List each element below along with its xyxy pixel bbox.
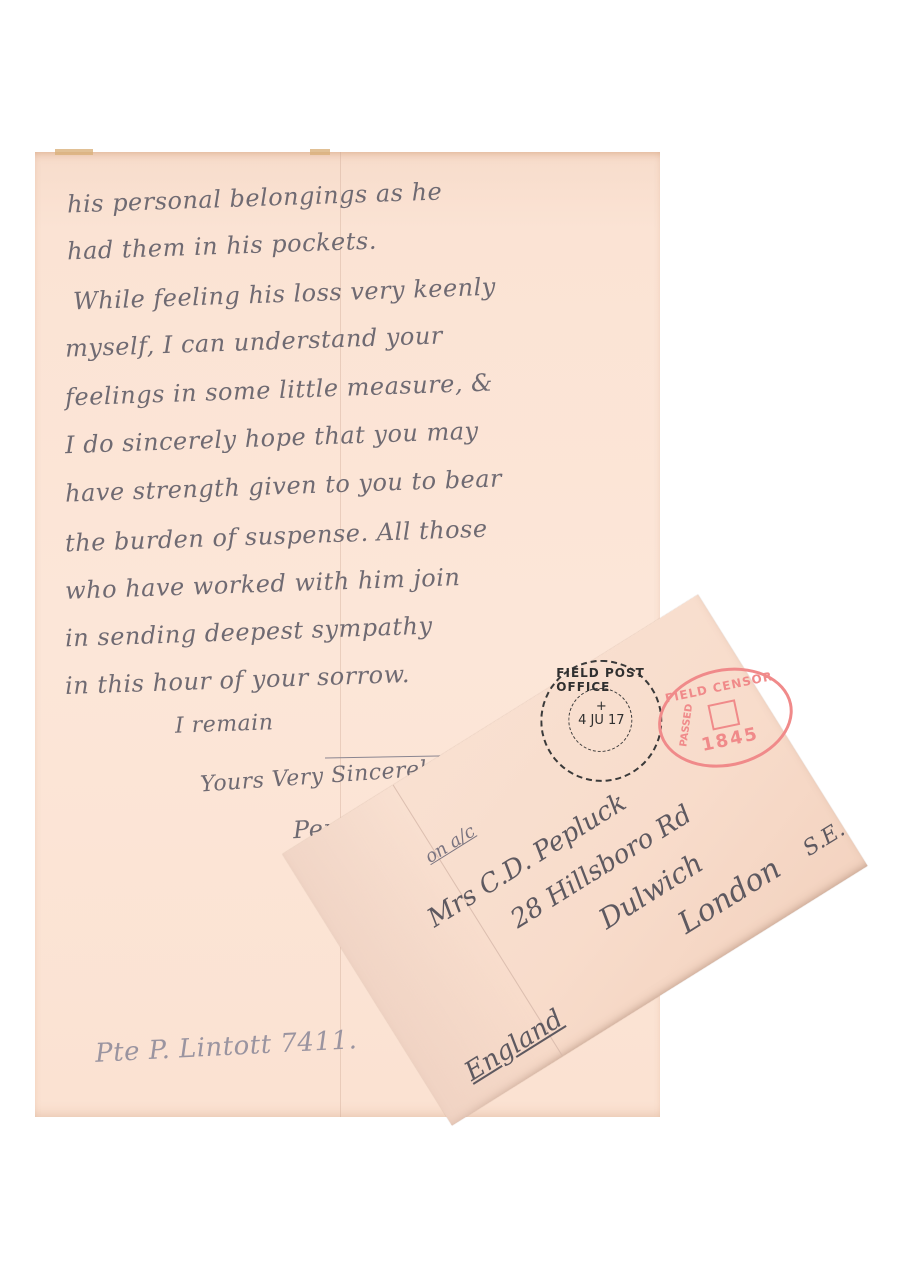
letter-line: myself, I can understand your bbox=[65, 321, 444, 362]
envelope-annotation: on a/c bbox=[421, 821, 479, 868]
letter-line: have strength given to you to bear bbox=[65, 464, 503, 507]
address-postcode: S.E. bbox=[799, 817, 850, 862]
postmark-text: FIELD POST OFFICE bbox=[556, 666, 660, 694]
letter-line: in this hour of your sorrow. bbox=[65, 660, 411, 700]
letter-line: who have worked with him join bbox=[65, 563, 461, 605]
letter-line: in sending deepest sympathy bbox=[65, 612, 433, 653]
letter-line: feelings in some little measure, & bbox=[65, 369, 494, 412]
letter-line: had them in his pockets. bbox=[67, 227, 378, 266]
letter-footer-note: Pte P. Lintott 7411. bbox=[94, 1025, 358, 1069]
letter-line: While feeling his loss very keenly bbox=[73, 273, 497, 316]
postmark-time: + bbox=[542, 700, 660, 714]
postmark-stamp: FIELD POST OFFICE + 4 JU 17 bbox=[540, 660, 662, 782]
postmark-date: + 4 JU 17 bbox=[542, 700, 660, 728]
letter-line: his personal belongings as he bbox=[67, 177, 443, 218]
tape-mark bbox=[55, 149, 93, 155]
postmark-date-value: 4 JU 17 bbox=[542, 714, 660, 728]
crown-emblem-icon bbox=[707, 699, 740, 730]
tape-mark bbox=[310, 149, 330, 155]
letter-line: I do sincerely hope that you may bbox=[65, 417, 479, 459]
letter-closing: I remain bbox=[175, 710, 274, 738]
letter-line: the burden of suspense. All those bbox=[65, 515, 488, 558]
censor-stamp: FIELD CENSOR PASSED 1845 bbox=[649, 656, 802, 780]
